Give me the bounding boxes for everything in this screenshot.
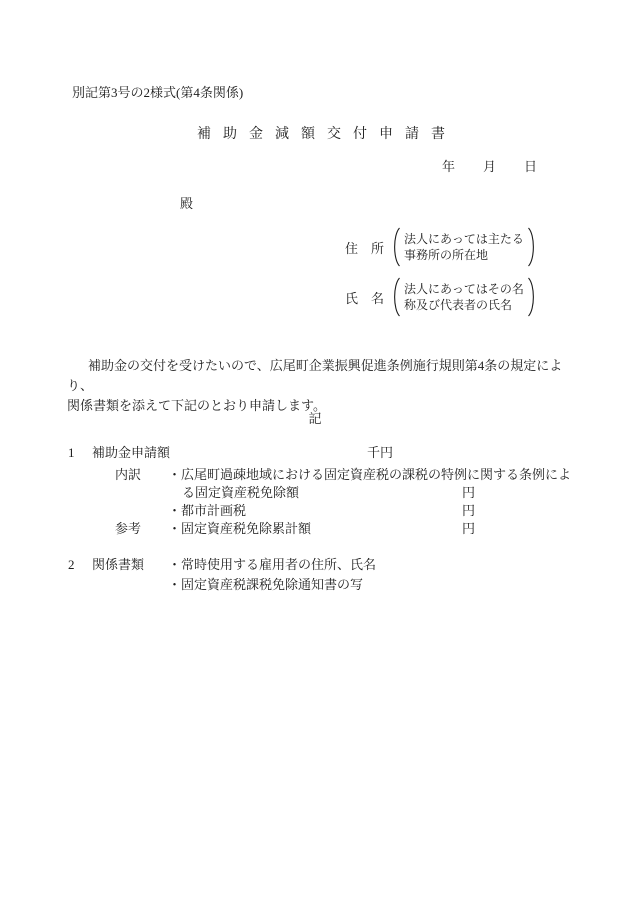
body-line1: 補助金の交付を受けたいので、広尾町企業振興促進条例施行規則第4条の規定により、: [67, 356, 572, 396]
page-title: 補助金減額交付申請書: [0, 127, 630, 143]
reference-label: 参考: [115, 522, 141, 537]
address-note: 法人にあっては主たる 事務所の所在地: [404, 231, 524, 263]
item2-number: 2: [68, 558, 75, 573]
breakdown-label: 内訳: [115, 468, 141, 483]
item1-label: 補助金申請額: [92, 446, 170, 461]
date-line: 年 月 日: [442, 160, 537, 175]
name-note-line1: 法人にあってはその名: [404, 281, 524, 297]
breakdown1-unit-label: 円: [462, 486, 475, 501]
item2-label: 関係書類: [92, 558, 144, 573]
address-field: 住 所 法人にあっては主たる 事務所の所在地: [345, 228, 538, 266]
record-heading: 記: [0, 412, 630, 427]
date-day-label: 日: [524, 160, 537, 175]
address-note-line2: 事務所の所在地: [404, 247, 524, 263]
item2-doc1: ・常時使用する雇用者の住所、氏名: [168, 558, 376, 573]
left-paren-icon: [390, 277, 401, 317]
body-paragraph: 補助金の交付を受けたいので、広尾町企業振興促進条例施行規則第4条の規定により、 …: [67, 356, 572, 416]
addressee-suffix: 殿: [180, 197, 193, 212]
date-month-label: 月: [483, 160, 496, 175]
item1-unit-label: 千円: [367, 446, 393, 461]
item1-number: 1: [68, 446, 75, 461]
name-label: 氏 名: [345, 288, 384, 307]
reference1-text: ・固定資産税免除累計額: [168, 522, 311, 537]
breakdown1-line1: ・広尾町過疎地域における固定資産税の課税の特例に関する条例によ: [168, 468, 571, 483]
form-number: 別記第3号の2様式(第4条関係): [72, 86, 243, 101]
name-field: 氏 名 法人にあってはその名 称及び代表者の氏名: [345, 278, 538, 316]
name-note: 法人にあってはその名 称及び代表者の氏名: [404, 281, 524, 313]
date-year-label: 年: [442, 160, 455, 175]
right-paren-icon: [527, 277, 538, 317]
item2-doc2: ・固定資産税課税免除通知書の写: [168, 578, 363, 593]
address-label: 住 所: [345, 238, 384, 257]
breakdown1-line2: る固定資産税免除額: [182, 486, 299, 501]
breakdown2-unit-label: 円: [462, 504, 475, 519]
breakdown2-text: ・都市計画税: [168, 504, 246, 519]
reference1-unit-label: 円: [462, 522, 475, 537]
left-paren-icon: [390, 227, 401, 267]
name-note-line2: 称及び代表者の氏名: [404, 297, 524, 313]
address-note-line1: 法人にあっては主たる: [404, 231, 524, 247]
right-paren-icon: [527, 227, 538, 267]
